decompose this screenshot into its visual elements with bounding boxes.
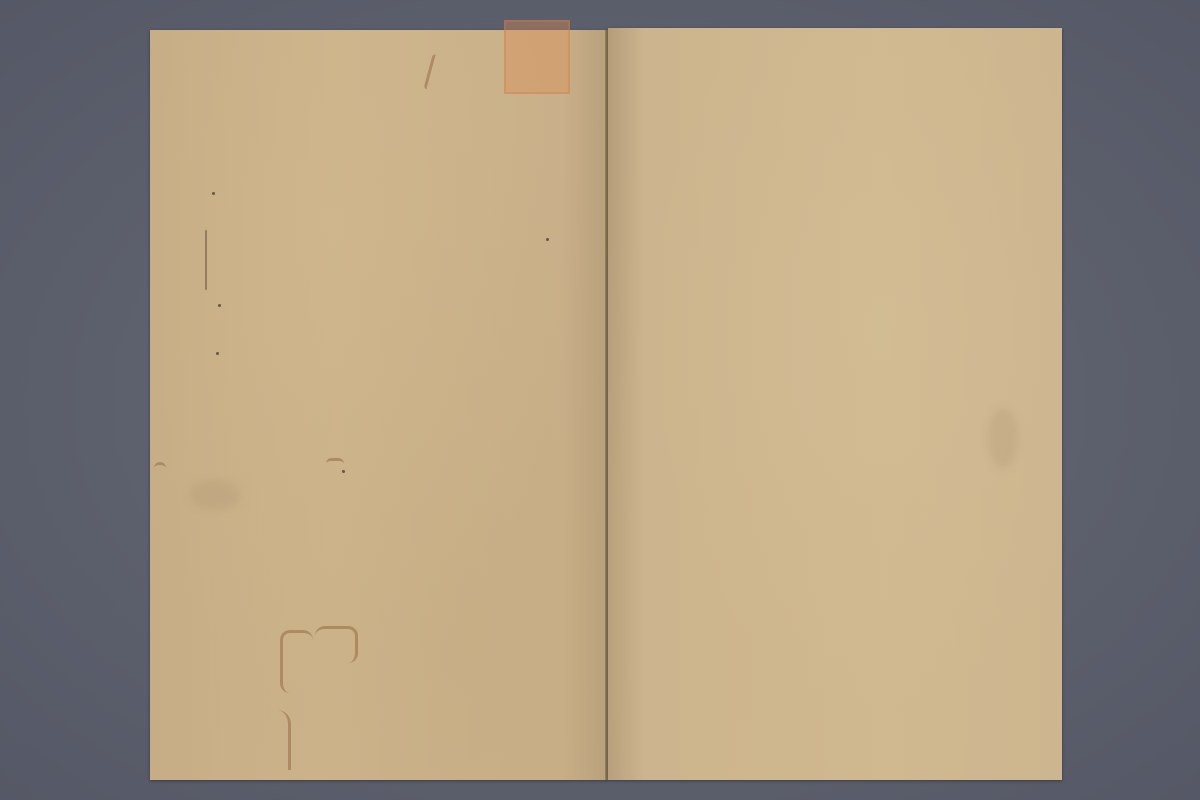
paper-stain: [988, 408, 1018, 468]
wormhole-track: [315, 626, 358, 663]
wormhole-track: [326, 458, 344, 469]
left-page: [150, 30, 608, 780]
wormhole-track: [268, 710, 291, 770]
ink-speck: [342, 470, 345, 473]
wormhole-track: [280, 630, 313, 693]
ink-speck: [546, 238, 549, 241]
open-book: [150, 26, 1062, 782]
wormhole-track: [423, 54, 439, 91]
seal-stamp: [504, 20, 570, 94]
ink-speck: [218, 304, 221, 307]
right-page: [608, 28, 1062, 780]
paper-stain: [190, 480, 240, 510]
wormhole-track: [154, 462, 166, 475]
ink-mark: [205, 230, 207, 290]
ink-speck: [212, 192, 215, 195]
ink-speck: [216, 352, 219, 355]
